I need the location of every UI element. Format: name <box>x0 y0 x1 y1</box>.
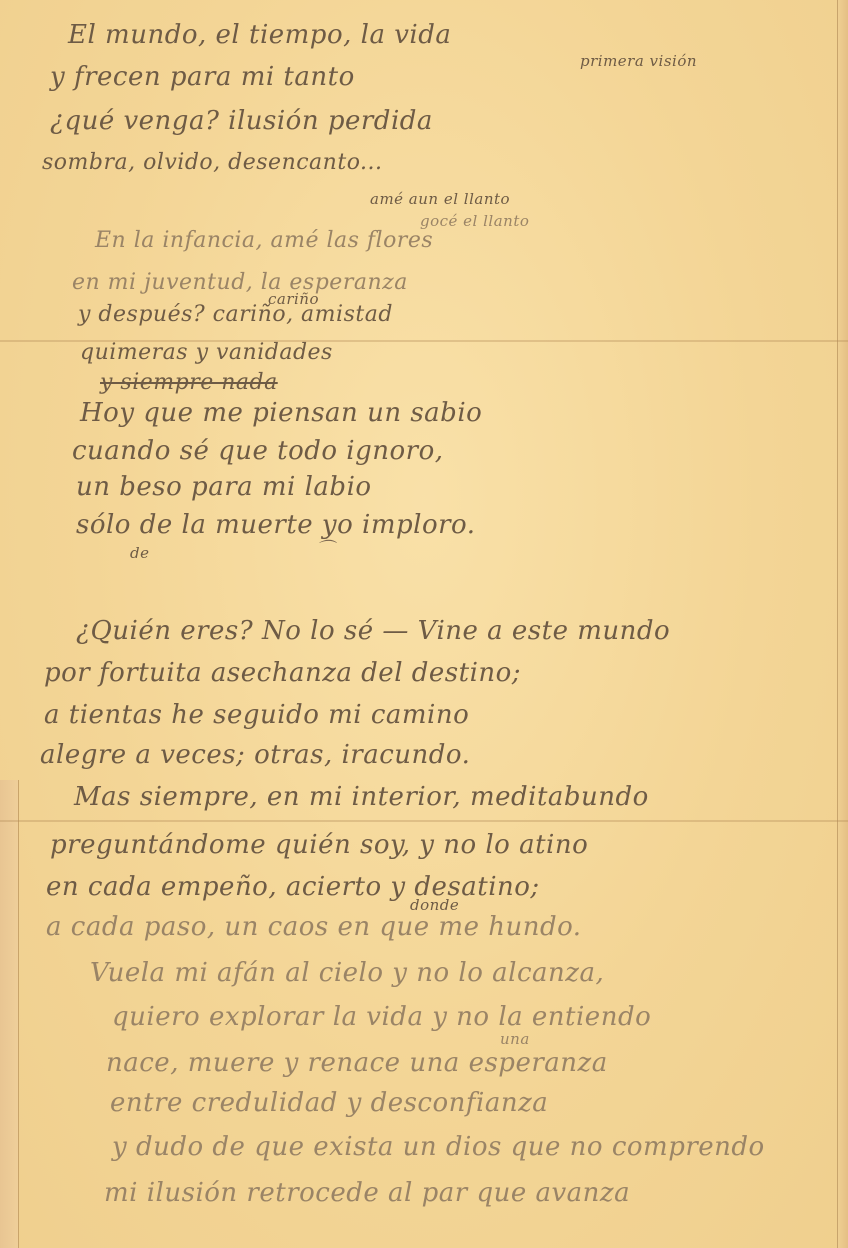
dash-mark: ⌒ <box>316 535 334 561</box>
small-mark: de <box>130 544 149 562</box>
poem-line: El mundo, el tiempo, la vida <box>68 20 451 50</box>
poem-line: en mi juventud, la esperanza <box>72 270 408 295</box>
poem-line: En la infancia, amé las flores <box>95 228 433 253</box>
paper-edge-left <box>0 780 19 1248</box>
poem-line: entre credulidad y desconfianza <box>110 1088 548 1118</box>
poem-line: sombra, olvido, desencanto... <box>42 150 383 175</box>
poem-line: quiero explorar la vida y no la entiendo <box>112 1002 651 1032</box>
insertion: amé aun el llanto <box>370 190 510 208</box>
poem-line: por fortuita asechanza del destino; <box>44 658 521 688</box>
poem-line: y frecen para mi tanto <box>50 62 355 92</box>
poem-line: y después? cariño, amistad <box>78 302 393 327</box>
poem-line: a cada paso, un caos en que me hundo. <box>46 912 582 942</box>
fold-line <box>0 820 848 822</box>
poem-line: un beso para mi labio <box>76 472 372 502</box>
insertion: gocé el llanto <box>420 212 529 230</box>
manuscript-page: El mundo, el tiempo, la vida y frecen pa… <box>0 0 848 1248</box>
poem-line: Vuela mi afán al cielo y no lo alcanza, <box>90 958 604 988</box>
poem-line: a tientas he seguido mi camino <box>44 700 469 730</box>
poem-line: cuando sé que todo ignoro, <box>72 436 444 466</box>
poem-line: nace, muere y renace una esperanza <box>106 1048 608 1078</box>
poem-line: ¿Quién eres? No lo sé — Vine a este mund… <box>76 616 670 646</box>
poem-line: ¿qué venga? ilusión perdida <box>50 106 433 136</box>
struck-line: y siempre nada <box>100 370 278 395</box>
poem-line: en cada empeño, acierto y desatino; <box>46 872 540 902</box>
poem-line: Mas siempre, en mi interior, meditabundo <box>74 782 649 812</box>
margin-note: primera visión <box>580 52 697 70</box>
poem-line: Hoy que me piensan un sabio <box>80 398 482 428</box>
insertion: una <box>500 1030 530 1048</box>
poem-line: mi ilusión retrocede al par que avanza <box>104 1178 630 1208</box>
poem-line: preguntándome quién soy, y no lo atino <box>50 830 588 860</box>
poem-line: y dudo de que exista un dios que no comp… <box>112 1132 765 1162</box>
paper-edge-right <box>837 0 848 1248</box>
poem-line: quimeras y vanidades <box>80 340 333 365</box>
poem-line: sólo de la muerte yo imploro. <box>76 510 476 540</box>
poem-line: alegre a veces; otras, iracundo. <box>40 740 470 770</box>
